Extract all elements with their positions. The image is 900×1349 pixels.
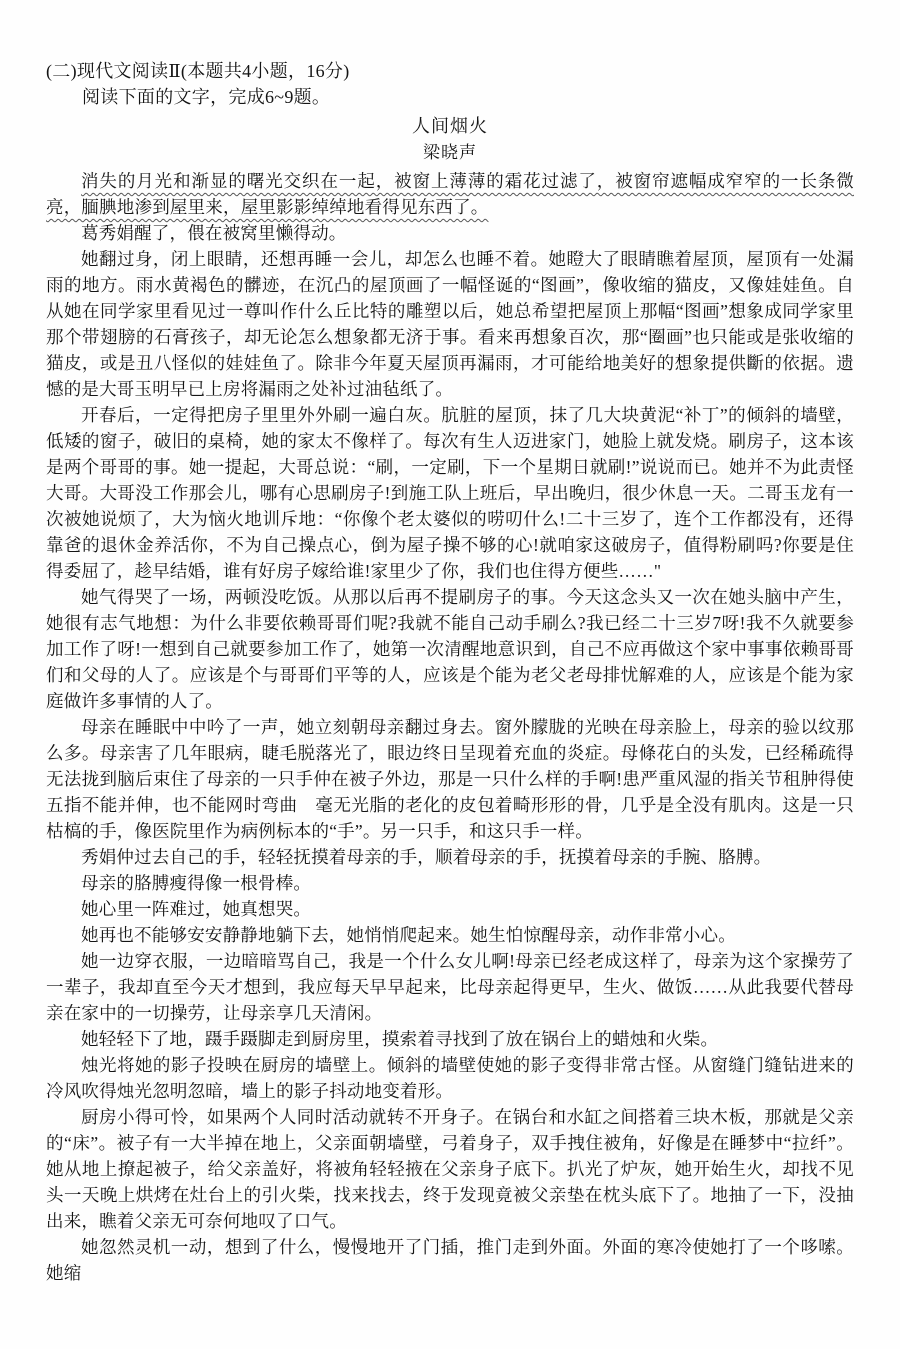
paragraph-underlined: 消失的月光和渐显的曙光交织在一起，被窗上薄薄的霜花过滤了，被窗帘遮幅成窄窄的一长… [46, 168, 854, 220]
exam-document-page: (二)现代文阅读Ⅱ(本题共4小题，16分) 阅读下面的文字，完成6~9题。 人间… [0, 0, 900, 1349]
paragraph: 厨房小得可怜，如果两个人同时活动就转不开身子。在锅台和水缸之间搭着三块木板，那就… [46, 1104, 854, 1234]
passage-title: 人间烟火 [46, 113, 854, 140]
paragraph: 她气得哭了一场，两顿没吃饭。从那以后再不提刷房子的事。今天这念头又一次在她头脑中… [46, 584, 854, 714]
paragraph: 葛秀娟醒了，偎在被窝里懒得动。 [46, 220, 854, 246]
paragraph: 她再也不能够安安静静地躺下去，她悄悄爬起来。她生怕惊醒母亲，动作非常小心。 [46, 922, 854, 948]
passage-author: 梁晓声 [46, 140, 854, 166]
instruction-line: 阅读下面的文字，完成6~9题。 [46, 84, 854, 110]
paragraph: 开春后，一定得把房子里里外外刷一遍白灰。肮脏的屋顶，抹了几大块黄泥“补丁”的倾斜… [46, 402, 854, 584]
paragraph: 秀娟仲过去自己的手，轻轻抚摸着母亲的手，顺着母亲的手，抚摸着母亲的手腕、胳膊。 [46, 844, 854, 870]
paragraph: 烛光将她的影子投映在厨房的墙壁上。倾斜的墙壁使她的影子变得非常古怪。从窗缝门缝钻… [46, 1052, 854, 1104]
paragraph: 母亲在睡眠中中吟了一声，她立刻朝母亲翻过身去。窗外朦胧的光映在母亲脸上，母亲的验… [46, 714, 854, 844]
paragraph: 她一边穿衣服，一边暗暗骂自己，我是一个什么女儿啊!母亲已经老成这样了，母亲为这个… [46, 948, 854, 1026]
section-heading: (二)现代文阅读Ⅱ(本题共4小题，16分) [46, 58, 854, 84]
paragraph: 她轻轻下了地，蹑手蹑脚走到厨房里，摸索着寻找到了放在锅台上的蜡烛和火柴。 [46, 1026, 854, 1052]
paragraph: 她忽然灵机一动，想到了什么，慢慢地开了门插，推门走到外面。外面的寒冷使她打了一个… [46, 1234, 854, 1286]
paragraph: 她心里一阵难过，她真想哭。 [46, 896, 854, 922]
paragraph: 母亲的胳膊瘦得像一根骨棒。 [46, 870, 854, 896]
paragraph: 她翻过身，闭上眼睛，还想再睡一会儿，却怎么也睡不着。她瞪大了眼睛瞧着屋顶，屋顶有… [46, 246, 854, 402]
